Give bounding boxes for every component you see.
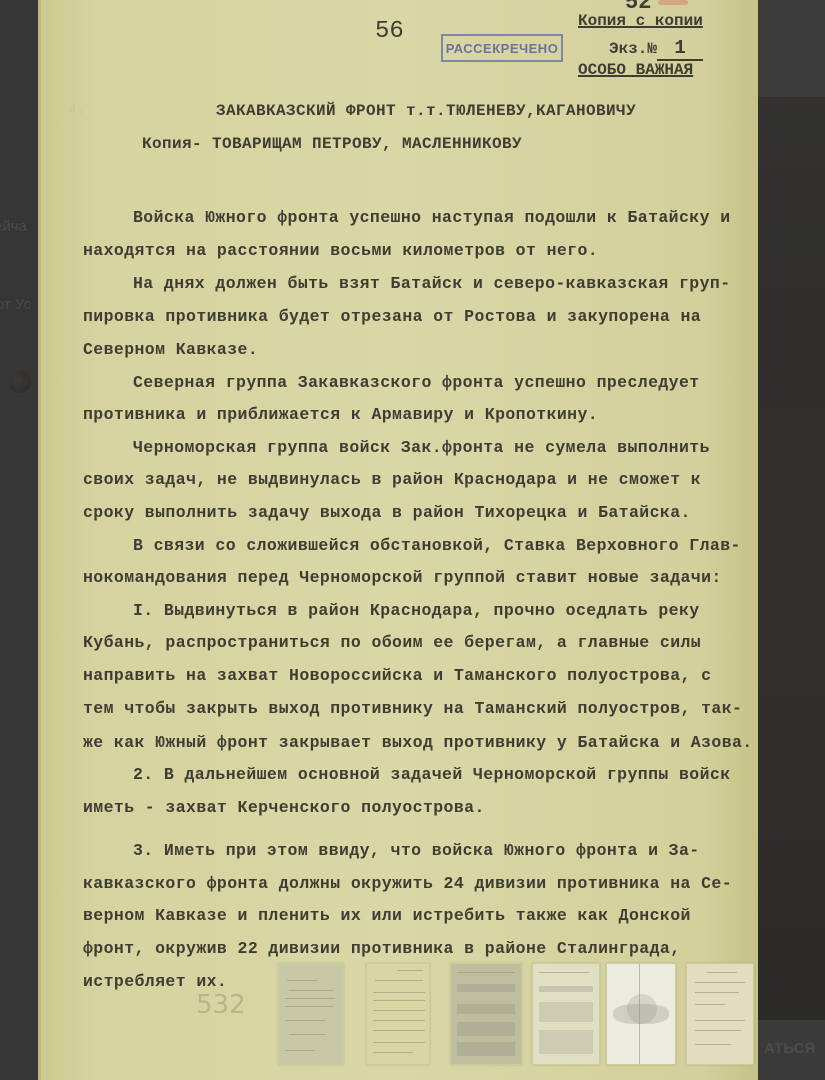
page-number: 56 <box>375 18 404 45</box>
thumbnail-page-4[interactable] <box>532 963 600 1065</box>
document-page: 52 56 РАССЕКРЕЧЕНО Копия с копии Экз.№1 … <box>38 0 758 1080</box>
body-line: противника и приближается к Армавиру и К… <box>83 405 598 424</box>
bleedthrough-text: 4. <box>68 102 85 118</box>
body-line: нокомандования перед Черноморской группо… <box>83 568 722 587</box>
body-line: 3. Иметь при этом ввиду, что войска Южно… <box>133 841 700 860</box>
background-button-label: АТЬСЯ <box>764 1040 815 1057</box>
body-line: тем чтобы закрыть выход противнику на Та… <box>83 699 742 718</box>
body-line: направить на захват Новороссийска и Тама… <box>83 666 711 685</box>
background-left-panel <box>0 0 38 1080</box>
body-line: Кубань, распространиться по обоим ее бер… <box>83 633 701 652</box>
body-line: пировка противника будет отрезана от Рос… <box>83 307 701 326</box>
body-line: кавказского фронта должны окружить 24 ди… <box>83 874 732 893</box>
body-line: 2. В дальнейшем основной задачей Черномо… <box>133 765 731 784</box>
body-line: Северная группа Закавказского фронта усп… <box>133 373 700 392</box>
thumbnail-strip <box>278 963 758 1065</box>
body-line: истребляет их. <box>83 972 227 991</box>
body-line: Войска Южного фронта успешно наступая по… <box>133 208 731 227</box>
exemplar-value: 1 <box>657 37 703 61</box>
background-ghost-text: ейча <box>0 218 27 235</box>
background-avatar <box>9 371 31 393</box>
body-line: верном Кавказе и пленить их или истребит… <box>83 906 691 925</box>
thumbnail-page-5-map[interactable] <box>606 963 676 1065</box>
body-line: На днях должен быть взят Батайск и север… <box>133 274 731 293</box>
body-line: же как Южный фронт закрывает выход проти… <box>83 733 753 752</box>
body-line: Северном Кавказе. <box>83 340 258 359</box>
copy-recipients-line: Копия- ТОВАРИЩАМ ПЕТРОВУ, МАСЛЕННИКОВУ <box>142 135 522 153</box>
body-line: Черноморская группа войск Зак.фронта не … <box>133 438 710 457</box>
body-line: своих задач, не выдвинулась в район Крас… <box>83 470 701 489</box>
thumbnail-page-2[interactable] <box>366 963 430 1065</box>
declassified-stamp: РАССЕКРЕЧЕНО <box>441 34 563 62</box>
body-line: фронт, окружив 22 дивизии противника в р… <box>83 939 681 958</box>
addressee-line: ЗАКАВКАЗСКИЙ ФРОНТ т.т.ТЮЛЕНЕВУ,КАГАНОВИ… <box>216 102 636 120</box>
exemplar-number: Экз.№1 <box>609 37 703 61</box>
body-line: сроку выполнить задачу выхода в район Ти… <box>83 503 691 522</box>
pencil-mark: 532 <box>196 990 246 1020</box>
background-right-panel <box>758 0 825 1080</box>
body-line: В связи со сложившейся обстановкой, Став… <box>133 536 741 555</box>
body-line: I. Выдвинуться в район Краснодара, прочн… <box>133 601 700 620</box>
body-line: иметь - захват Керченского полуострова. <box>83 798 485 817</box>
exemplar-label: Экз.№ <box>609 40 657 58</box>
page-edge <box>38 0 41 1080</box>
body-line: находятся на расстоянии восьми километро… <box>83 241 598 260</box>
copy-note: Копия с копии <box>578 12 703 30</box>
thumbnail-page-6[interactable] <box>686 963 754 1065</box>
red-mark <box>658 0 688 5</box>
thumbnail-page-1[interactable] <box>278 963 344 1065</box>
secrecy-label: ОСОБО ВАЖНАЯ <box>578 61 693 79</box>
background-ghost-text: от Ус <box>0 296 31 313</box>
thumbnail-page-3[interactable] <box>450 963 522 1065</box>
